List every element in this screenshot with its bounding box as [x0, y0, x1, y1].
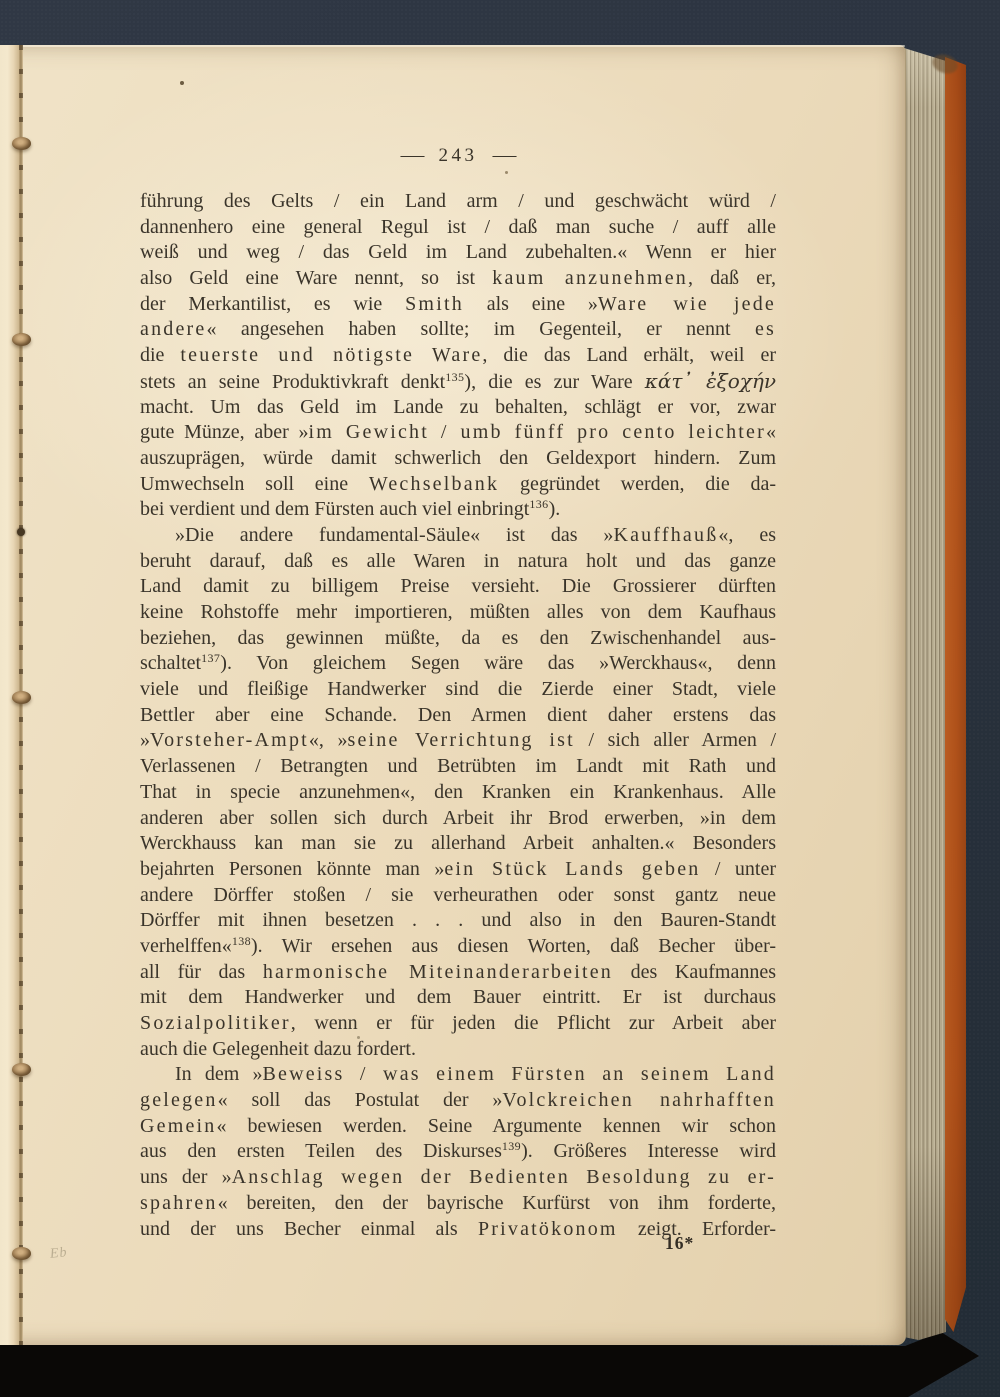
text-line: Verlassenen / Betrangten und Betrübten i…: [140, 754, 776, 780]
text-segment: ). Wir ersehen aus diesen Worten, daß Be…: [251, 935, 776, 957]
text-segment: / unter: [700, 858, 776, 880]
text-segment: beruht darauf, daß es alle Waren in natu…: [140, 550, 776, 572]
text-segment: Sozialpolitiker: [140, 1012, 291, 1034]
text-segment: Vorsteher-Ampt: [150, 729, 309, 751]
text-segment: harmonische Miteinanderarbeiten: [263, 961, 613, 983]
text-line: keine Rohstoffe mehr importieren, müßten…: [140, 600, 776, 626]
footnote-marker: 138: [232, 934, 251, 948]
text-block: führung des Gelts / ein Land arm / und g…: [140, 189, 776, 1242]
text-segment: Smith: [405, 293, 464, 315]
text-segment: ).: [549, 498, 561, 520]
text-line: verhelffen«138). Wir ersehen aus diesen …: [140, 934, 776, 960]
text-segment: also Geld eine Ware nennt, so ist: [140, 267, 492, 289]
text-segment: ein Stück Lands geben: [444, 858, 700, 880]
text-line: Land damit zu billigem Preise versieht. …: [140, 574, 776, 600]
footnote-marker: 137: [201, 651, 220, 665]
text-segment: zeigt. Erforder-: [618, 1218, 776, 1240]
text-line: Gemein« bewiesen werden. Seine Argumente…: [140, 1114, 776, 1140]
text-line: der Merkantilist, es wie Smith als eine …: [140, 292, 776, 318]
text-segment: verhelffen«: [140, 935, 232, 957]
text-segment: Bettler aber eine Schande. Den Armen die…: [140, 704, 776, 726]
text-line: schaltet137). Von gleichem Segen wäre da…: [140, 651, 776, 677]
text-line: die teuerste und nötigste Ware, die das …: [140, 343, 776, 369]
text-line: Umwechseln soll eine Wechselbank gegründ…: [140, 472, 776, 498]
text-segment: bei verdient und dem Fürsten auch viel e…: [140, 498, 529, 520]
text-segment: Privatökonom: [478, 1218, 618, 1240]
text-segment: κάτ᾽ ἐξοχήν: [645, 369, 776, 393]
text-segment: dannenhero eine general Regul ist / daß …: [140, 216, 776, 238]
header-dash-right: —: [492, 145, 516, 167]
text-segment: kaum anzunehmen: [492, 267, 688, 289]
text-segment: bejahrten Personen könnte man »: [140, 858, 444, 880]
text-segment: That in specie anzunehmen«, den Kranken …: [140, 781, 776, 803]
text-segment: viele und fleißige Handwerker sind die Z…: [140, 678, 776, 700]
text-segment: , daß er,: [688, 267, 776, 289]
cover-fore-edge: [945, 57, 966, 1332]
text-line: weiß und weg / das Geld im Land zubehalt…: [140, 240, 776, 266]
text-segment: auszuprägen, würde damit schwerlich den …: [140, 447, 776, 469]
text-segment: weiß und weg / das Geld im Land zubehalt…: [140, 241, 776, 263]
text-line: also Geld eine Ware nennt, so ist kaum a…: [140, 266, 776, 292]
binding-stitch-dot: [17, 528, 25, 536]
text-segment: die: [140, 344, 180, 366]
ink-speck: [357, 1036, 360, 1039]
text-segment: Verlassenen / Betrangten und Betrübten i…: [140, 755, 776, 777]
text-line: That in specie anzunehmen«, den Kranken …: [140, 780, 776, 806]
text-segment: uns der »: [140, 1166, 232, 1188]
text-segment: Anschlag wegen der Bedienten Besoldung z…: [232, 1166, 776, 1188]
text-segment: mit dem Handwerker und dem Bauer eintrit…: [140, 986, 776, 1008]
text-segment: ). Von gleichem Segen wäre das »Werckhau…: [220, 652, 776, 674]
text-line: andere Dörffer stoßen / sie verheurathen…: [140, 883, 776, 909]
text-line: auszuprägen, würde damit schwerlich den …: [140, 446, 776, 472]
text-line: gute Münze, aber »im Gewicht / umb fünff…: [140, 420, 776, 446]
text-segment: Kauffhauß: [613, 524, 718, 546]
header-dash-left: —: [400, 145, 424, 167]
text-segment: Umwechseln soll eine: [140, 473, 369, 495]
text-line: »Die andere fundamental-Säule« ist das »…: [140, 523, 776, 549]
page-number-value: 243: [439, 145, 478, 167]
text-segment: des Kaufmannes: [613, 961, 776, 983]
text-line: Dörffer mit ihnen besetzen . . . und als…: [140, 908, 776, 934]
text-line: macht. Um das Geld im Lande zu behalten,…: [140, 395, 776, 421]
text-segment: anderen aber sollen sich durch Arbeit ih…: [140, 807, 776, 829]
text-segment: führung des Gelts / ein Land arm / und g…: [140, 190, 776, 212]
text-segment: als eine »: [464, 293, 598, 315]
text-segment: »Die andere fundamental-Säule« ist das »: [175, 524, 613, 546]
ink-speck: [180, 81, 184, 85]
ink-speck: [505, 171, 508, 174]
page-edges-stack: [904, 48, 946, 1340]
text-segment: im Gewicht / umb fünff pro cento leichte…: [308, 421, 766, 443]
text-segment: es: [755, 318, 776, 340]
text-segment: « bewiesen werden. Seine Argumente kenne…: [217, 1115, 776, 1137]
text-segment: Gemein: [140, 1115, 217, 1137]
text-segment: gelegen: [140, 1089, 218, 1111]
text-segment: macht. Um das Geld im Lande zu behalten,…: [140, 396, 776, 418]
text-segment: und der uns Becher einmal als: [140, 1218, 478, 1240]
footnote-marker: 135: [445, 370, 464, 384]
text-segment: « bereiten, den der bayrische Kurfürst v…: [218, 1192, 776, 1214]
text-line: In dem »Beweiss / was einem Fürsten an s…: [140, 1062, 776, 1088]
text-segment: keine Rohstoffe mehr importieren, müßten…: [140, 601, 776, 623]
text-line: all für das harmonische Miteinanderarbei…: [140, 960, 776, 986]
text-segment: «, es: [718, 524, 776, 546]
text-segment: Ware wie jede: [598, 293, 776, 315]
text-line: Werckhauss kan man sie zu allerhand Arbe…: [140, 831, 776, 857]
text-line: beziehen, das gewinnen müßte, da es den …: [140, 626, 776, 652]
text-segment: teuerste und nötigste Ware: [180, 344, 482, 366]
text-segment: Land damit zu billigem Preise versieht. …: [140, 575, 776, 597]
text-segment: ). Größeres Interesse wird: [521, 1140, 776, 1162]
text-segment: « soll das Postulat der »: [218, 1089, 503, 1111]
text-segment: gegründet werden, die da-: [499, 473, 776, 495]
text-segment: gute Münze, aber »: [140, 421, 308, 443]
text-line: bejahrten Personen könnte man »ein Stück…: [140, 857, 776, 883]
margin-pencil-mark: Eb: [49, 1245, 68, 1263]
text-line: auch die Gelegenheit dazu fordert.: [140, 1037, 776, 1063]
text-line: aus den ersten Teilen des Diskurses139).…: [140, 1139, 776, 1165]
binding-stitch-knot: [12, 691, 31, 704]
text-segment: / sich aller Armen /: [575, 729, 776, 751]
binding-stitch-knot: [12, 333, 31, 346]
text-line: andere« angesehen haben sollte; im Gegen…: [140, 317, 776, 343]
text-line: bei verdient und dem Fürsten auch viel e…: [140, 497, 776, 523]
text-segment: andere Dörffer stoßen / sie verheurathen…: [140, 884, 776, 906]
text-segment: In dem »: [175, 1063, 262, 1085]
text-segment: ), die es zur Ware: [464, 371, 644, 393]
text-segment: , wenn er für jeden die Pflicht zur Arbe…: [291, 1012, 776, 1034]
text-segment: schaltet: [140, 652, 201, 674]
text-segment: all für das: [140, 961, 263, 983]
text-segment: « angesehen haben sollte; im Gegenteil, …: [207, 318, 755, 340]
text-line: spahren« bereiten, den der bayrische Kur…: [140, 1191, 776, 1217]
text-segment: »: [140, 729, 150, 751]
page-top-edge: [0, 45, 905, 47]
text-segment: Werckhauss kan man sie zu allerhand Arbe…: [140, 832, 776, 854]
text-segment: auch die Gelegenheit dazu fordert.: [140, 1038, 416, 1060]
binding-stitch-knot: [12, 1247, 31, 1260]
text-segment: «: [766, 421, 776, 443]
text-segment: der Merkantilist, es wie: [140, 293, 405, 315]
text-segment: Dörffer mit ihnen besetzen . . . und als…: [140, 909, 776, 931]
footnote-marker: 139: [502, 1139, 521, 1153]
scanned-book-photo: { "scene": { "background_color": "#2a323…: [0, 0, 1000, 1397]
text-segment: , die das Land erhält, weil er: [482, 344, 776, 366]
text-segment: Volckreichen nahrhafften: [502, 1089, 776, 1111]
text-line: Sozialpolitiker, wenn er für jeden die P…: [140, 1011, 776, 1037]
text-segment: aus den ersten Teilen des Diskurses: [140, 1140, 502, 1162]
text-segment: «, »: [309, 729, 348, 751]
signature-mark: 16*: [665, 1233, 694, 1254]
text-segment: beziehen, das gewinnen müßte, da es den …: [140, 627, 776, 649]
binding-stitch-knot: [12, 1063, 31, 1076]
text-line: gelegen« soll das Postulat der »Volckrei…: [140, 1088, 776, 1114]
text-line: mit dem Handwerker und dem Bauer eintrit…: [140, 985, 776, 1011]
text-segment: andere: [140, 318, 207, 340]
text-segment: Wechselbank: [369, 473, 499, 495]
text-segment: Beweiss / was einem Fürsten an seinem La…: [262, 1063, 776, 1085]
binding-stitch-knot: [12, 137, 31, 150]
text-line: anderen aber sollen sich durch Arbeit ih…: [140, 806, 776, 832]
text-line: uns der »Anschlag wegen der Bedienten Be…: [140, 1165, 776, 1191]
footnote-marker: 136: [529, 497, 548, 511]
text-line: viele und fleißige Handwerker sind die Z…: [140, 677, 776, 703]
text-line: beruht darauf, daß es alle Waren in natu…: [140, 549, 776, 575]
page-number-header: — 243 —: [140, 144, 776, 168]
text-line: führung des Gelts / ein Land arm / und g…: [140, 189, 776, 215]
text-line: Bettler aber eine Schande. Den Armen die…: [140, 703, 776, 729]
text-line: stets an seine Produktivkraft denkt135),…: [140, 369, 776, 395]
text-line: »Vorsteher-Ampt«, »seine Verrichtung ist…: [140, 728, 776, 754]
text-line: dannenhero eine general Regul ist / daß …: [140, 215, 776, 241]
text-segment: seine Verrichtung ist: [347, 729, 574, 751]
text-segment: spahren: [140, 1192, 218, 1214]
text-segment: stets an seine Produktivkraft denkt: [140, 371, 445, 393]
